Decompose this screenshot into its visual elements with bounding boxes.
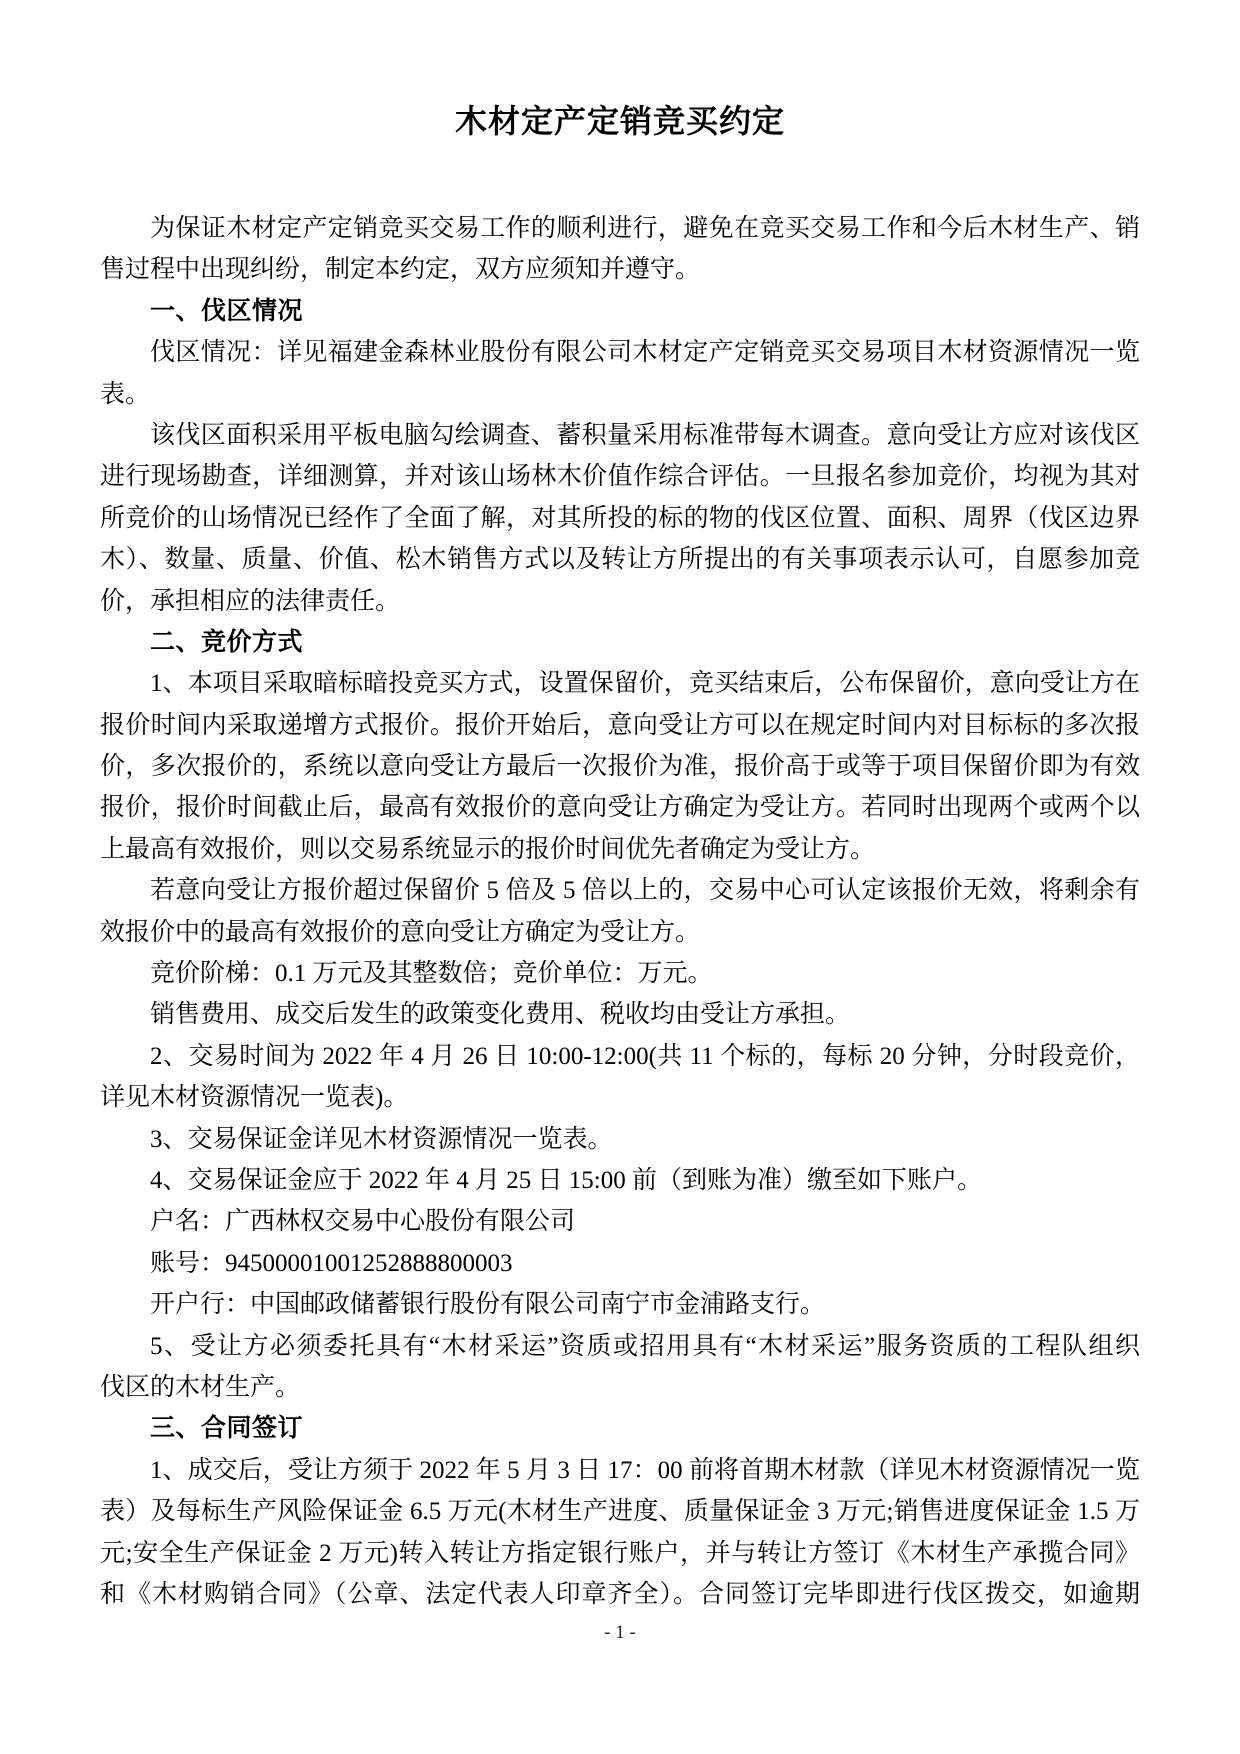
- text-line: 价，多次报价的，系统以意向受让方最后一次报价为准，报价高于或等于项目保留价即为有…: [100, 746, 1140, 787]
- text-line: 竞价阶梯：0.1 万元及其整数倍；竞价单位：万元。: [100, 953, 1140, 994]
- text-line: 1、成交后，受让方须于 2022 年 5 月 3 日 17：00 前将首期木材款…: [100, 1450, 1140, 1491]
- document-page: 木材定产定销竞买约定 为保证木材定产定销竞买交易工作的顺利进行，避免在竞买交易工…: [0, 0, 1240, 1754]
- text-line: 效报价中的最高有效报价的意向受让方确定为受让方。: [100, 912, 1140, 953]
- text-line: 账号：94500001001252888800003: [100, 1243, 1140, 1284]
- text-line: 元;安全生产保证金 2 万元)转入转让方指定银行账户，并与转让方签订《木材生产承…: [100, 1533, 1140, 1574]
- text-line: 1、本项目采取暗标暗投竞买方式，设置保留价，竞买结束后，公布保留价，意向受让方在: [100, 663, 1140, 704]
- text-line: 进行现场勘查，详细测算，并对该山场林木价值作综合评估。一旦报名参加竞价，均视为其…: [100, 456, 1140, 497]
- text-line: 2、交易时间为 2022 年 4 月 26 日 10:00-12:00(共 11…: [100, 1036, 1140, 1077]
- text-line: 表）及每标生产风险保证金 6.5 万元(木材生产进度、质量保证金 3 万元;销售…: [100, 1491, 1140, 1532]
- text-line: 所竞价的山场情况已经作了全面了解，对其所投的标的物的伐区位置、面积、周界（伐区边…: [100, 498, 1140, 539]
- text-line: 售过程中出现纠纷，制定本约定，双方应须知并遵守。: [100, 249, 1140, 290]
- text-line: 报价时间内采取递增方式报价。报价开始后，意向受让方可以在规定时间内对目标标的多次…: [100, 705, 1140, 746]
- text-line: 木）、数量、质量、价值、松木销售方式以及转让方所提出的有关事项表示认可，自愿参加…: [100, 539, 1140, 580]
- section-heading: 二、竞价方式: [100, 622, 1140, 663]
- page-number: - 1 -: [0, 1620, 1240, 1646]
- text-line: 表。: [100, 374, 1140, 415]
- text-line: 3、交易保证金详见木材资源情况一览表。: [100, 1119, 1140, 1160]
- text-line: 该伐区面积采用平板电脑勾绘调查、蓄积量采用标准带每木调查。意向受让方应对该伐区: [100, 415, 1140, 456]
- text-line: 若意向受让方报价超过保留价 5 倍及 5 倍以上的，交易中心可认定该报价无效，将…: [100, 870, 1140, 911]
- text-line: 5、受让方必须委托具有“木材采运”资质或招用具有“木材采运”服务资质的工程队组织: [100, 1326, 1140, 1367]
- text-line: 开户行：中国邮政储蓄银行股份有限公司南宁市金浦路支行。: [100, 1284, 1140, 1325]
- document-body: 为保证木材定产定销竞买交易工作的顺利进行，避免在竞买交易工作和今后木材生产、销售…: [100, 208, 1140, 1615]
- text-line: 伐区情况：详见福建金森林业股份有限公司木材定产定销竞买交易项目木材资源情况一览: [100, 332, 1140, 373]
- section-heading: 三、合同签订: [100, 1408, 1140, 1449]
- text-line: 上最高有效报价，则以交易系统显示的报价时间优先者确定为受让方。: [100, 829, 1140, 870]
- text-line: 报价，报价时间截止后，最高有效报价的意向受让方确定为受让方。若同时出现两个或两个…: [100, 787, 1140, 828]
- text-line: 价，承担相应的法律责任。: [100, 581, 1140, 622]
- text-line: 户名：广西林权交易中心股份有限公司: [100, 1201, 1140, 1242]
- text-line: 和《木材购销合同》（公章、法定代表人印章齐全）。合同签订完毕即进行伐区拨交，如逾…: [100, 1574, 1140, 1615]
- document-title: 木材定产定销竞买约定: [100, 98, 1140, 144]
- text-line: 为保证木材定产定销竞买交易工作的顺利进行，避免在竞买交易工作和今后木材生产、销: [100, 208, 1140, 249]
- text-line: 详见木材资源情况一览表)。: [100, 1077, 1140, 1118]
- text-line: 销售费用、成交后发生的政策变化费用、税收均由受让方承担。: [100, 994, 1140, 1035]
- text-line: 4、交易保证金应于 2022 年 4 月 25 日 15:00 前（到账为准）缴…: [100, 1160, 1140, 1201]
- text-line: 伐区的木材生产。: [100, 1367, 1140, 1408]
- section-heading: 一、伐区情况: [100, 291, 1140, 332]
